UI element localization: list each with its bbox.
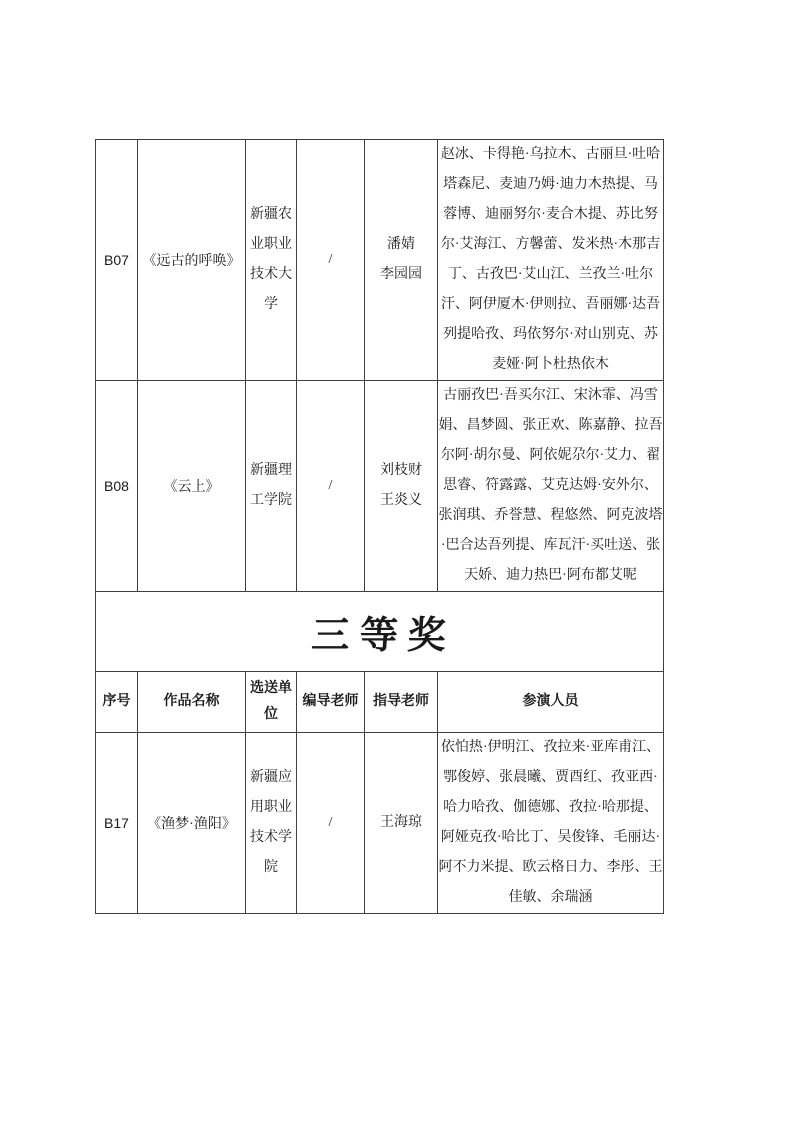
work-title-cell: 《远古的呼唤》 [138,140,246,381]
award-table-container: B07 《远古的呼唤》 新疆农业职业技术大学 / 潘婧 李园园 赵冰、卡得艳·乌… [95,139,663,914]
header-col-advisor: 指导老师 [365,672,438,733]
document-page: { "section_title": "三等奖", "header": { "c… [0,0,793,1122]
row-id-cell: B17 [96,733,138,914]
header-col-id: 序号 [96,672,138,733]
performers-cell: 依怕热·伊明江、孜拉来·亚库甫江、鄂俊婷、张晨曦、贾酉红、孜亚西·哈力哈孜、伽德… [438,733,664,914]
advisor-cell: 潘婧 李园园 [365,140,438,381]
row-id-cell: B08 [96,381,138,592]
advisor-name: 李园园 [365,260,437,290]
table-header-row: 序号 作品名称 选送单位 编导老师 指导老师 参演人员 [96,672,664,733]
section-title-row: 三等奖 [96,592,664,672]
unit-cell: 新疆农业职业技术大学 [246,140,297,381]
section-title-cell: 三等奖 [96,592,664,672]
unit-cell: 新疆理工学院 [246,381,297,592]
header-col-performers: 参演人员 [438,672,664,733]
advisor-name: 王炎义 [365,486,437,516]
advisor-name: 潘婧 [365,230,437,260]
section-title: 三等奖 [301,604,459,659]
table-row-b08: B08 《云上》 新疆理工学院 / 刘枝财 王炎义 古丽孜巴·吾买尔江、宋沐霏、… [96,381,664,592]
unit-cell: 新疆应用职业技术学院 [246,733,297,914]
performers-cell: 赵冰、卡得艳·乌拉木、古丽旦·吐哈塔森尼、麦迪乃姆·迪力木热提、马蓉博、迪丽努尔… [438,140,664,381]
award-table: B07 《远古的呼唤》 新疆农业职业技术大学 / 潘婧 李园园 赵冰、卡得艳·乌… [95,139,664,914]
work-title-cell: 《渔梦·渔阳》 [138,733,246,914]
advisor-name: 刘枝财 [365,456,437,486]
table-row-b17: B17 《渔梦·渔阳》 新疆应用职业技术学院 / 王海琼 依怕热·伊明江、孜拉来… [96,733,664,914]
director-cell: / [297,733,365,914]
header-col-director: 编导老师 [297,672,365,733]
performers-cell: 古丽孜巴·吾买尔江、宋沐霏、冯雪娟、昌梦圆、张正欢、陈嘉静、拉吾尔阿·胡尔曼、阿… [438,381,664,592]
header-col-title: 作品名称 [138,672,246,733]
row-id-cell: B07 [96,140,138,381]
work-title-cell: 《云上》 [138,381,246,592]
advisor-name: 王海琼 [365,808,437,838]
advisor-cell: 刘枝财 王炎义 [365,381,438,592]
director-cell: / [297,381,365,592]
director-cell: / [297,140,365,381]
header-col-unit: 选送单位 [246,672,297,733]
table-row-b07: B07 《远古的呼唤》 新疆农业职业技术大学 / 潘婧 李园园 赵冰、卡得艳·乌… [96,140,664,381]
advisor-cell: 王海琼 [365,733,438,914]
